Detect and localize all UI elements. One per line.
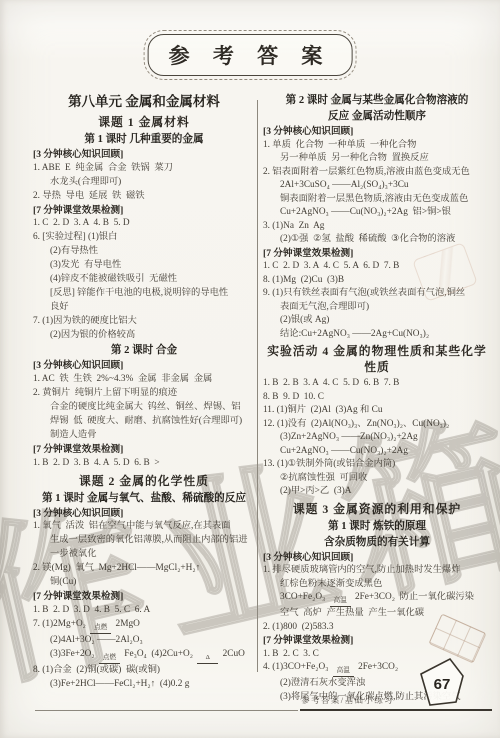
answer-line: Cu+2AgNO₃ ——Cu(NO₃)₂+2Ag	[263, 445, 491, 459]
answer-line: 良好	[33, 301, 255, 315]
topic-heading: 实验活动 4 金属的物理性质和某些化学性质	[263, 343, 491, 375]
answer-line: 12. (1)没有 (2)Al(NO₃)₃、Zn(NO₃)₂、Cu(NO₃)₂	[263, 418, 491, 432]
answer-line: (2)银(或 Ag)	[263, 314, 491, 328]
answer-line: ②抗腐蚀性强 可回收	[263, 472, 491, 486]
footer-rule-left	[35, 710, 298, 711]
answer-line: 铜(Cu)	[33, 576, 255, 590]
answer-line: 另一种单质 另一种化合物 置换反应	[263, 152, 491, 166]
footer-label: 参考答案/基础小练习	[301, 694, 394, 706]
answer-line: (2)有导热性	[33, 245, 255, 259]
answer-line: (2)因为银的价格较高	[33, 329, 255, 343]
answer-line: 7. (1)2Mg+O₂ 点燃 2MgO	[33, 618, 255, 634]
reaction-condition-arrow: 高温	[330, 598, 351, 607]
answer-line: 红棕色粉末逐渐变成黑色	[263, 578, 491, 592]
lesson-heading: 第 2 课时 合金	[33, 343, 255, 358]
answer-line: 2. 导热 导电 延展 铁 磁铁	[33, 190, 255, 204]
reaction-condition-arrow: Δ	[197, 655, 218, 664]
reaction-condition-arrow: 点燃	[90, 625, 111, 634]
answer-line: 2. 镁(Mg) 氧气 Mg+2HCl——MgCl₂+H₂↑	[33, 562, 255, 576]
section-bracket-header: [3 分钟核心知识回顾]	[263, 551, 491, 565]
answer-line: 8. B 9. D 10. C	[263, 391, 491, 405]
lesson-heading: 第 2 课时 金属与某些金属化合物溶液的	[263, 93, 491, 108]
reaction-condition-arrow: 点燃	[99, 655, 120, 664]
answer-line: 表面无气泡,合理即可)	[263, 301, 491, 315]
column-divider	[257, 100, 258, 672]
section-bracket-header: [3 分钟核心知识回顾]	[263, 125, 491, 139]
answer-line: 水龙头(合理即可)	[33, 176, 255, 190]
answer-line: 一步被氧化	[33, 548, 255, 562]
answer-line: 1. AC 铁 生铁 2%~4.3% 金属 非金属 金属	[33, 373, 255, 387]
answer-line: 2. 铝表面附着一层紫红色物质,溶液由蓝色变成无色	[263, 166, 491, 180]
answer-line: 3CO+Fe₂O₃ 高温 2Fe+3CO₂ 防止一氧化碳污染	[263, 591, 491, 607]
lesson-heading: 反应 金属活动性顺序	[263, 109, 491, 124]
answer-line: 2Al+3CuSO₄ ——Al₂(SO₄)₃+3Cu	[263, 179, 491, 193]
answer-line: 1. 单质 化合物 一种单质 一种化合物	[263, 139, 491, 153]
page-number-tag: 67	[417, 656, 467, 712]
answer-line: 11. (1)铜片 (2)Al (3)Ag 和 Cu	[263, 404, 491, 418]
page-number: 67	[434, 676, 451, 693]
answer-line: (4)锌皮不能被磁铁吸引 无磁性	[33, 273, 255, 287]
answer-line: (2)甲>丙>乙 (3)A	[263, 485, 491, 499]
answer-line: 1. ABE E 纯金属 合金 铁锅 菜刀	[33, 162, 255, 176]
answer-line: 1. C 2. D 3. A 4. B 5. D	[33, 217, 255, 231]
scanned-page: 作业箱 参 考 答 案 第八单元 金属和金属材料课题 1 金属材料第 1 课时 …	[0, 0, 500, 738]
answer-line: 1. B 2. B 3. A 4. C 5. D 6. B 7. B	[263, 377, 491, 391]
unit-heading: 第八单元 金属和金属材料	[33, 93, 255, 110]
answer-line: 铜表面附着一层黑色物质,溶液由无色变成蓝色	[263, 193, 491, 207]
section-bracket-header: [3 分钟核心知识回顾]	[33, 359, 255, 373]
answer-line: (3)Fe+2HCl——FeCl₂+H₂↑ (4)0.2 g	[33, 678, 255, 692]
page-title: 参 考 答 案	[148, 34, 353, 76]
answer-line: 空气 高炉 产生热量 产生一氧化碳	[263, 607, 491, 621]
answer-line: 6. [实验过程] (1)银白	[33, 231, 255, 245]
section-bracket-header: [3 分钟核心知识回顾]	[33, 507, 255, 521]
answer-line: (2)4Al+3O₂ ——2Al₂O₃	[33, 634, 255, 648]
topic-heading: 课题 1 金属材料	[33, 114, 255, 130]
answer-line: 结论:Cu+2AgNO₃ ——2Ag+Cu(NO₃)₂	[263, 328, 491, 342]
answer-line: (3)Zn+2AgNO₃ ——Zn(NO₃)₂+2Ag	[263, 431, 491, 445]
answers-column-left: 第八单元 金属和金属材料课题 1 金属材料第 1 课时 几种重要的金属[3 分钟…	[33, 92, 255, 691]
section-bracket-header: [7 分钟课堂效果检测]	[33, 443, 255, 457]
lesson-heading: 第 1 课时 炼铁的原理	[263, 519, 491, 534]
answer-line: (3)发光 有导电性	[33, 259, 255, 273]
lesson-heading: 第 1 课时 金属与氧气、盐酸、稀硫酸的反应	[33, 491, 255, 506]
answer-line: 1. 氧气 活泼 铝在空气中能与氧气反应,在其表面	[33, 520, 255, 534]
answer-line: [反思] 锌能作干电池的电极,说明锌的导电性	[33, 287, 255, 301]
answer-line: 合金的硬度比纯金属大 钨丝、铜丝、焊锡、铝	[33, 401, 255, 415]
answer-line: 8. (1)合金 (2)铜(或碳) 碳(或铜)	[33, 664, 255, 678]
section-bracket-header: [7 分钟课堂效果检测]	[33, 204, 255, 218]
answer-line: 1. 排尽硬质玻璃管内的空气,防止加热时发生爆炸	[263, 564, 491, 578]
section-bracket-header: [3 分钟核心知识回顾]	[33, 148, 255, 162]
answer-line: 焊锡 低 硬度大、耐磨、抗腐蚀性好(合理即可)	[33, 415, 255, 429]
answers-column-right: 第 2 课时 金属与某些金属化合物溶液的反应 金属活动性顺序[3 分钟核心知识回…	[263, 92, 491, 704]
answer-line: 7. (1)因为铁的硬度比铝大	[33, 315, 255, 329]
answer-line: 1. B 2. D 3. B 4. A 5. D 6. B >	[33, 457, 255, 471]
answer-line: 1. B 2. D 3. D 4. B 5. C 6. A	[33, 604, 255, 618]
answer-line: (3)3Fe+2O₂ 点燃 Fe₃O₄ (4)2Cu+O₂ Δ 2CuO	[33, 648, 255, 664]
answer-line: 3. (1)Na Zn Ag	[263, 220, 491, 234]
answer-line: 生成一层致密的氧化铝薄膜,从而阻止内部的铝进	[33, 534, 255, 548]
topic-heading: 课题 3 金属资源的利用和保护	[263, 501, 491, 517]
lesson-heading: 第 1 课时 几种重要的金属	[33, 132, 255, 147]
answer-line: Cu+2AgNO₃ ——Cu(NO₃)₂+2Ag 铝>铜>银	[263, 206, 491, 220]
lesson-heading: 含杂质物质的有关计算	[263, 535, 491, 550]
section-bracket-header: [7 分钟课堂效果检测]	[33, 590, 255, 604]
topic-heading: 课题 2 金属的化学性质	[33, 473, 255, 489]
answer-line: 2. 黄铜片 纯铜片上留下明显的痕迹	[33, 387, 255, 401]
reaction-condition-arrow: 高温	[333, 668, 354, 677]
answer-line: 制造人造骨	[33, 429, 255, 443]
footer-rule-right	[300, 709, 492, 711]
answer-line: 13. (1)①铁制外筒(或铝合金内筒)	[263, 458, 491, 472]
